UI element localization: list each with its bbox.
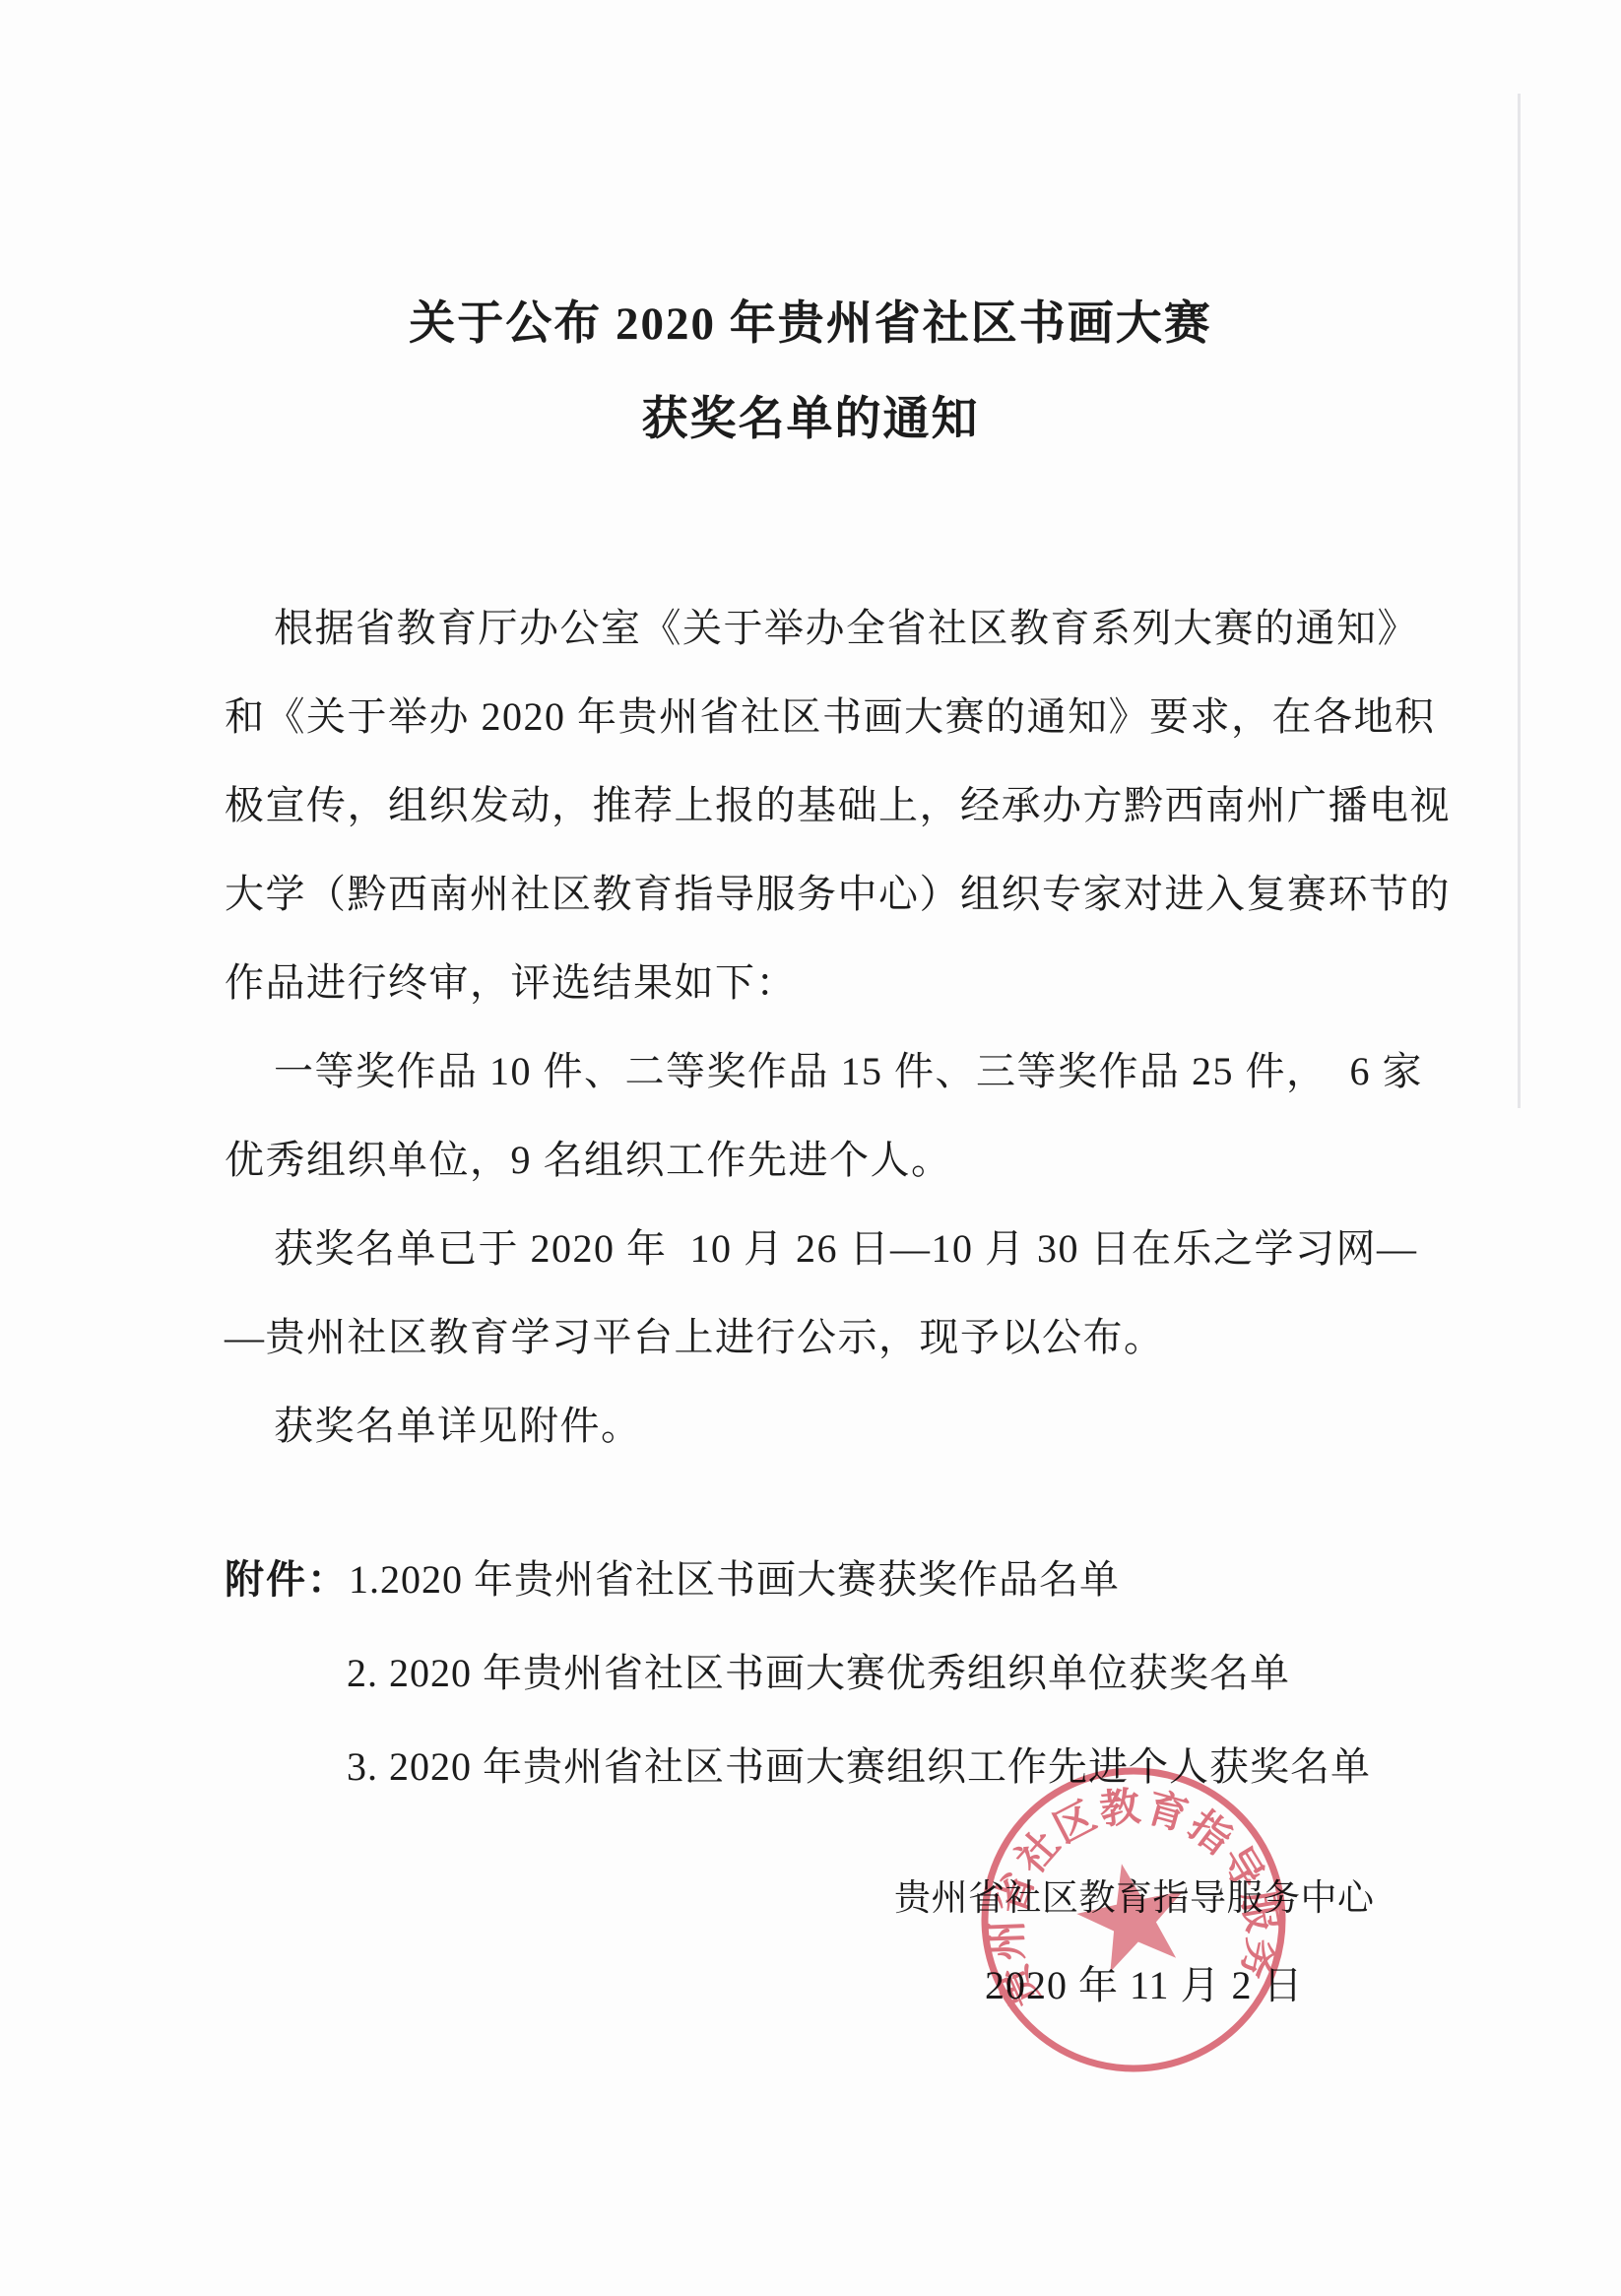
title-line-2: 获奖名单的通知 xyxy=(156,372,1465,468)
body-line: 优秀组织单位，9 名组织工作先进个人。 xyxy=(225,1116,1416,1205)
attachment-item: 1.2020 年贵州省社区书画大赛获奖作品名单 xyxy=(349,1557,1120,1602)
body-line: 获奖名单详见附件。 xyxy=(225,1382,1416,1471)
scanned-notice-document: 关于公布 2020 年贵州省社区书画大赛 获奖名单的通知 根据省教育厅办公室《关… xyxy=(0,0,1621,2296)
title-line-1: 关于公布 2020 年贵州省社区书画大赛 xyxy=(156,277,1465,372)
body-line: 一等奖作品 10 件、二等奖作品 15 件、三等奖作品 25 件， 6 家 xyxy=(225,1027,1416,1116)
star-icon xyxy=(1069,1853,1197,1977)
document-title: 关于公布 2020 年贵州省社区书画大赛 获奖名单的通知 xyxy=(156,277,1465,468)
attachment-line: 附件：1.2020 年贵州省社区书画大赛获奖作品名单 xyxy=(225,1533,1371,1626)
body-line: 大学（黔西南州社区教育指导服务中心）组织专家对进入复赛环节的 xyxy=(225,850,1416,939)
body-line: 根据省教育厅办公室《关于举办全省社区教育系列大赛的通知》 xyxy=(225,584,1416,673)
body-line: 和《关于举办 2020 年贵州省社区书画大赛的通知》要求，在各地积 xyxy=(225,673,1416,761)
body-line: 作品进行终审，评选结果如下： xyxy=(225,939,1416,1027)
official-seal: 贵州省社区教育指导服务中心 xyxy=(965,1751,1302,2088)
attachment-item: 2. 2020 年贵州省社区书画大赛优秀组织单位获奖名单 xyxy=(347,1626,1371,1720)
scan-artifact-line xyxy=(1518,94,1521,1108)
attachments-label: 附件： xyxy=(225,1558,349,1602)
body-line: —贵州社区教育学习平台上进行公示，现予以公布。 xyxy=(225,1293,1416,1382)
body-line: 极宣传，组织发动，推荐上报的基础上，经承办方黔西南州广播电视 xyxy=(225,761,1416,850)
document-body: 根据省教育厅办公室《关于举办全省社区教育系列大赛的通知》 和《关于举办 2020… xyxy=(225,584,1416,1471)
body-line: 获奖名单已于 2020 年 10 月 26 日—10 月 30 日在乐之学习网— xyxy=(225,1205,1416,1293)
